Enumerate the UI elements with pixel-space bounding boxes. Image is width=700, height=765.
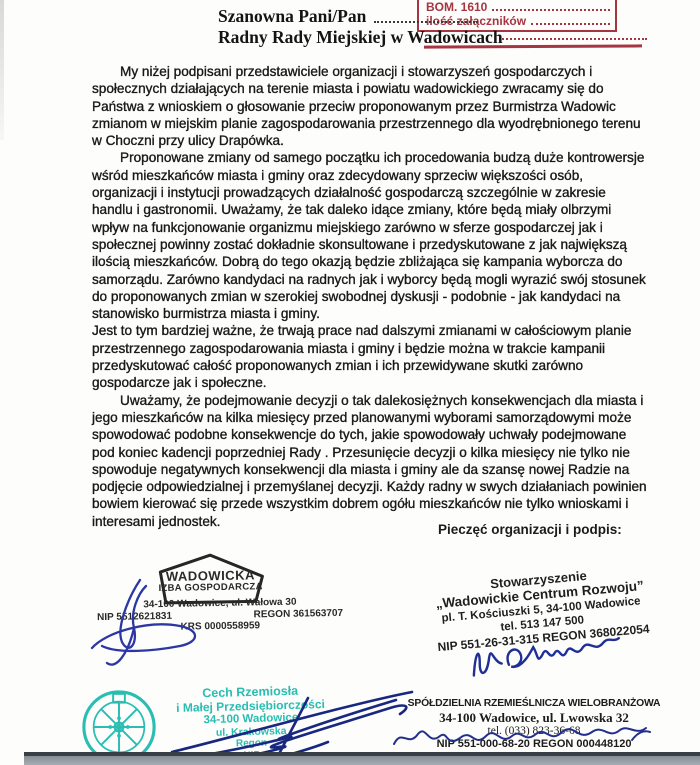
- dotted-leader: [374, 21, 478, 23]
- scanned-letter-page: BOM. 1610 ilość załączników Szanowna Pan…: [0, 0, 700, 765]
- dotted-leader: [492, 9, 610, 11]
- addressee-block: Szanowna Pani/Pan Radny Rady Miejskiej w…: [218, 6, 503, 48]
- addressee-salutation: Szanowna Pani/Pan: [218, 6, 366, 27]
- paragraph-3: Jest to tym bardziej ważne, że trwają pr…: [92, 322, 648, 391]
- paragraph-4: Uważamy, że podejmowanie decyzji o tak d…: [92, 392, 648, 530]
- signature-izba: [86, 576, 224, 674]
- stamp-izba-gospodarcza: WADOWICKA IZBA GOSPODARCZA 34-100 Wadowi…: [96, 550, 342, 554]
- scan-edge-smudge: [0, 0, 4, 140]
- scan-bottom-edge-gray: [24, 756, 700, 765]
- registry-stamp-dotted-line: [499, 38, 647, 40]
- izba-regon: REGON 361563707: [253, 608, 343, 621]
- paragraph-2: Proponowane zmiany od samego początku ic…: [92, 149, 648, 322]
- spol-line1: SPÓŁDZIELNIA RZEMIEŚLNICZA WIELOBRANŻOWA: [383, 697, 685, 710]
- paragraph-1: My niżej podpisani przedstawiciele organ…: [92, 63, 648, 149]
- seal-and-signature-label: Pieczęć organizacji i podpis:: [438, 522, 622, 537]
- addressee-line1-row: Szanowna Pani/Pan: [218, 6, 478, 27]
- letter-body: My niżej podpisani przedstawiciele organ…: [92, 63, 648, 530]
- addressee-title: Radny Rady Miejskiej w Wadowicach: [218, 27, 503, 48]
- dotted-leader: [531, 23, 610, 25]
